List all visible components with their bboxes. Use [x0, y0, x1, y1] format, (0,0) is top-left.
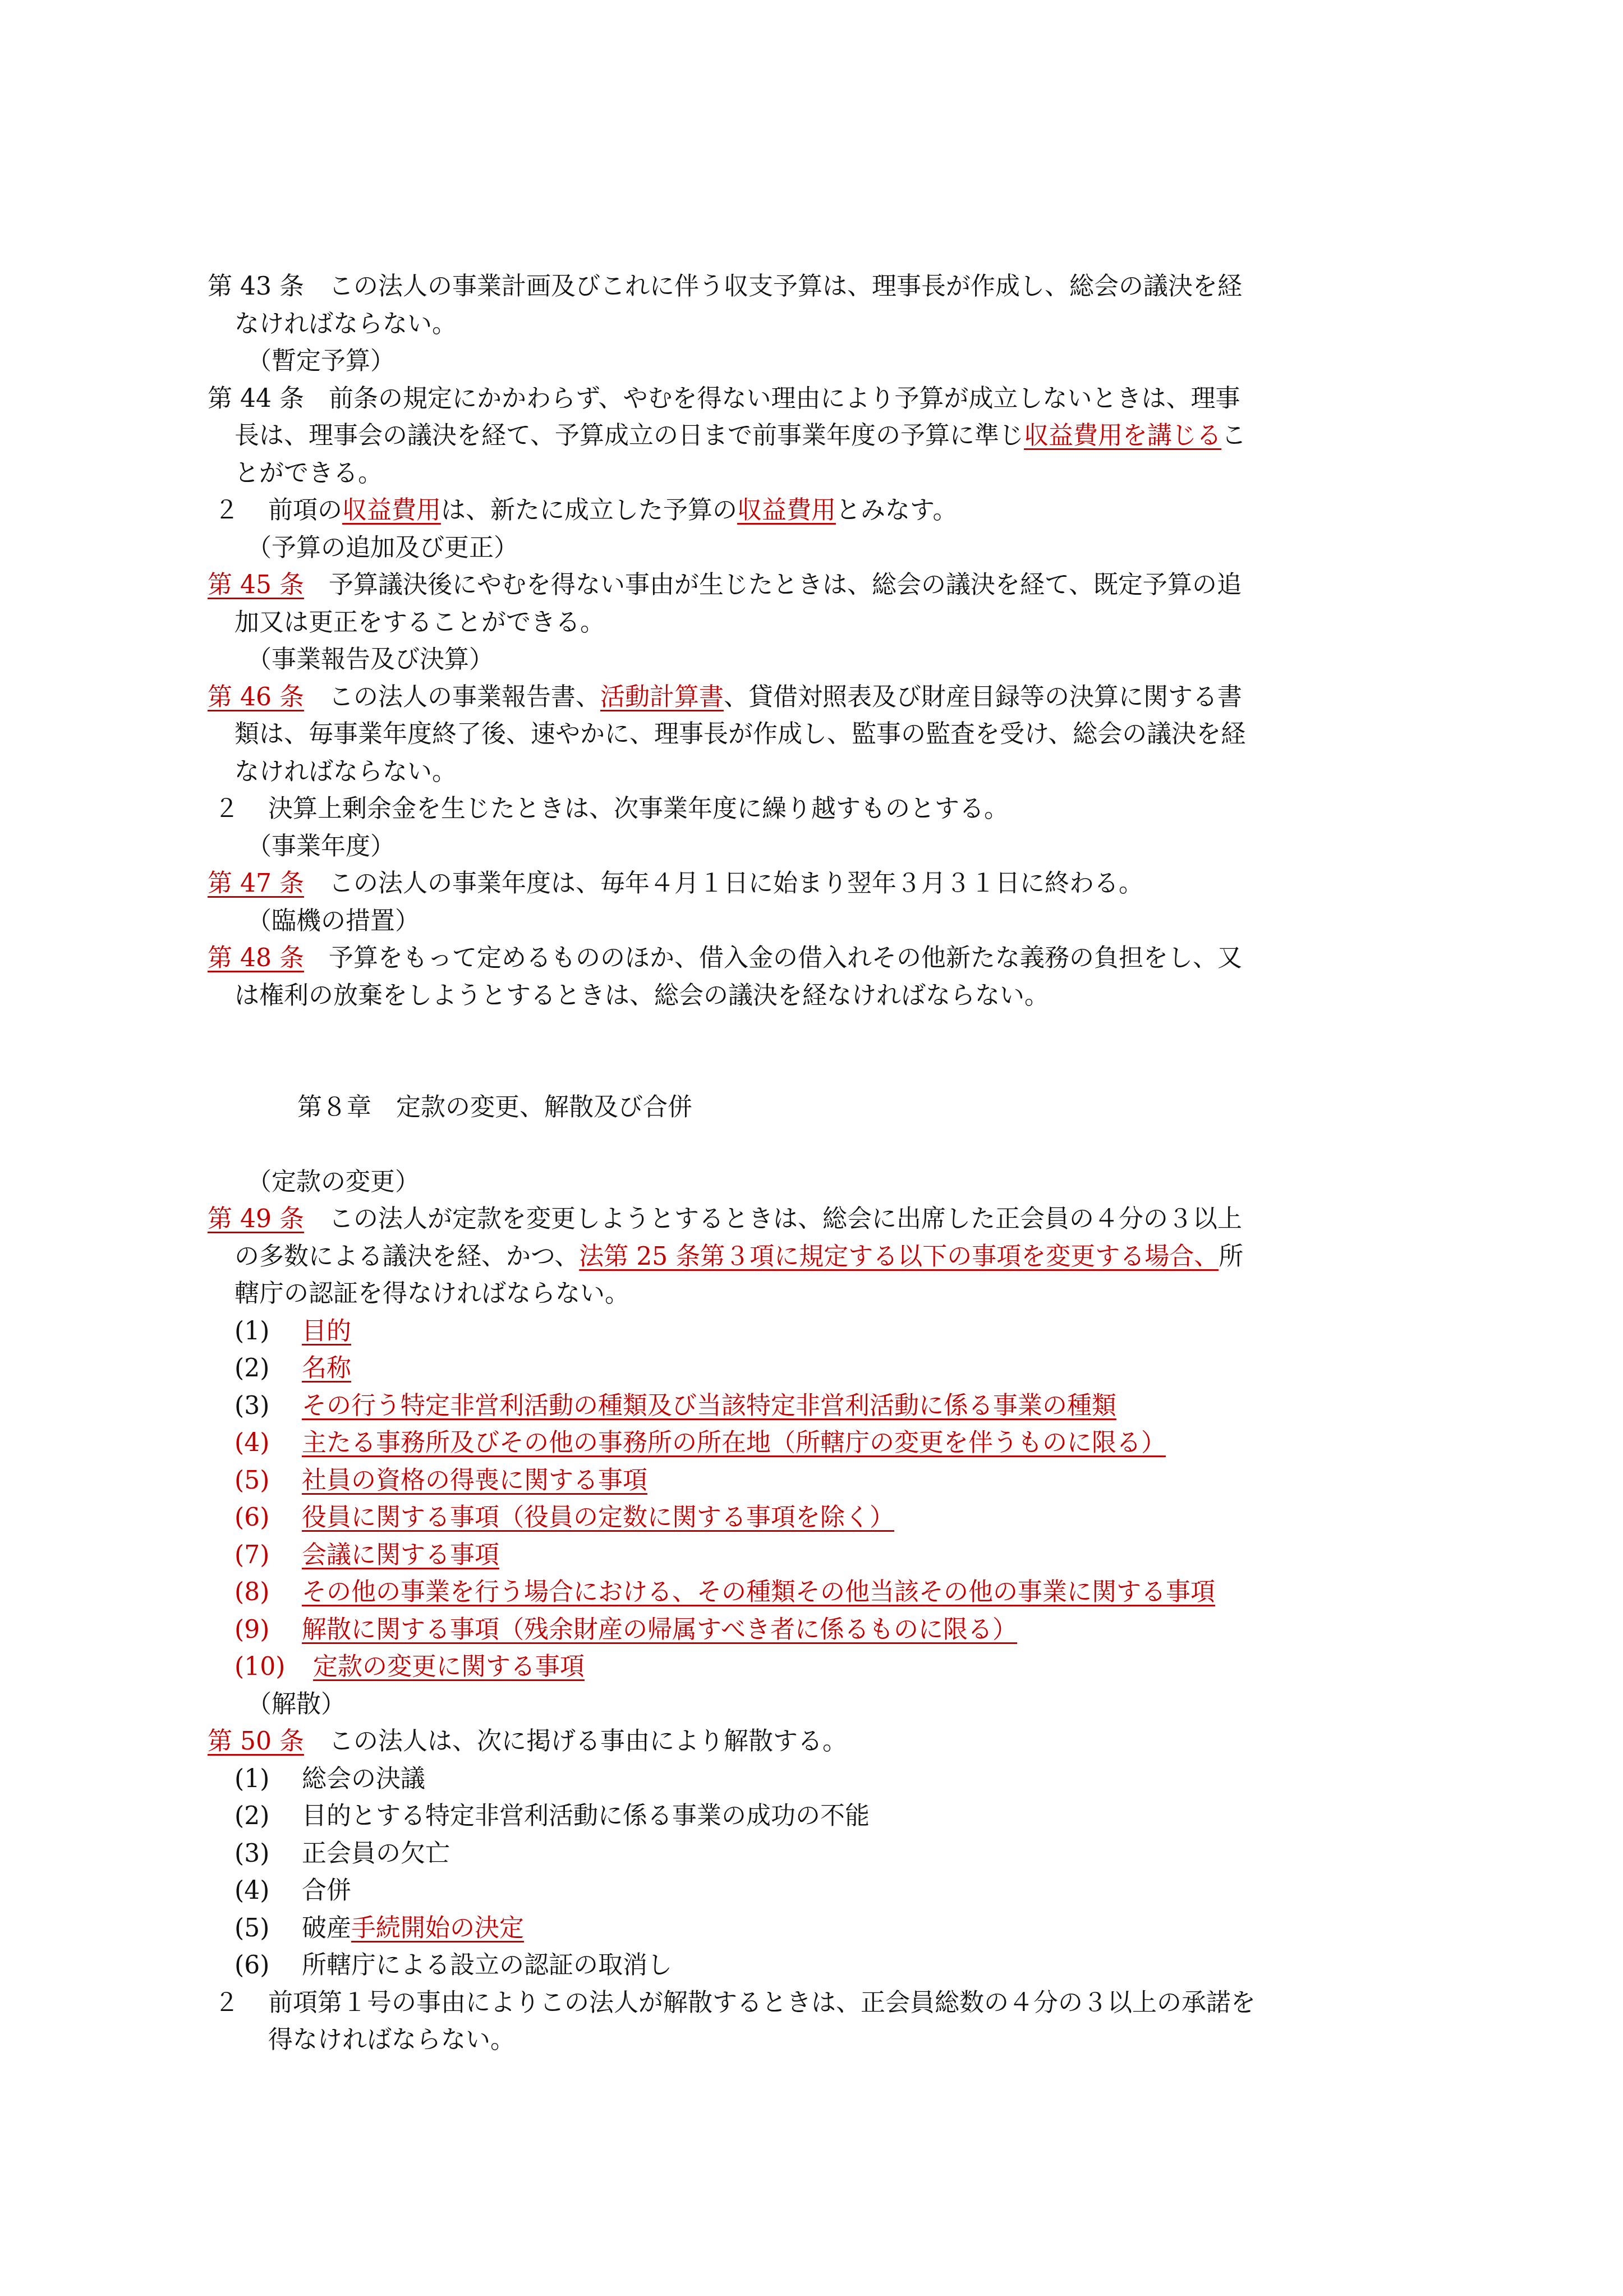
article-48-line-2: は権利の放棄をしようとするときは、総会の議決を経なければならない。	[208, 977, 1431, 1015]
item-text: 主たる事務所及びその他の事務所の所在地（所轄庁の変更を伴うものに限る）	[302, 1429, 1166, 1457]
revision-insert: 収益費用	[342, 496, 441, 525]
item-number: (9)	[235, 1611, 302, 1649]
article-50-text: この法人は、次に掲げる事由により解散する。	[329, 1727, 847, 1756]
chapter-heading: 第８章 定款の変更、解散及び合併	[208, 1089, 1431, 1127]
item-text: 名称	[302, 1354, 351, 1383]
article-49-label: 第 49 条	[208, 1201, 304, 1238]
item-number: (4)	[235, 1425, 302, 1462]
item-text: 役員に関する事項（役員の定数に関する事項を除く）	[302, 1503, 894, 1532]
article-46-line-3: なければならない。	[208, 754, 1431, 791]
paragraph-number: ２	[208, 492, 268, 530]
item-number: (1)	[235, 1313, 302, 1351]
text: 、貸借対照表及び財産目録等の決算に関する書	[724, 683, 1242, 711]
item-text: 所轄庁による設立の認証の取消し	[302, 1951, 672, 1980]
article-44-line-2: 長は、理事会の議決を経て、予算成立の日まで前事業年度の予算に準じ収益費用を講じる…	[208, 417, 1431, 455]
text: この法人の事業報告書、	[329, 683, 600, 711]
list-item: (3)その行う特定非営利活動の種類及び当該特定非営利活動に係る事業の種類	[208, 1388, 1431, 1425]
item-text: その他の事業を行う場合における、その種類その他当該その他の事業に関する事項	[302, 1578, 1215, 1606]
item-text: 会議に関する事項	[302, 1541, 499, 1569]
text: とみなす。	[836, 496, 957, 525]
list-item: (6)所轄庁による設立の認証の取消し	[208, 1947, 1431, 1985]
item-text: 合併	[302, 1876, 351, 1905]
article-46-paragraph-2: ２決算上剰余金を生じたときは、次事業年度に繰り越すものとする。	[208, 791, 1431, 828]
document-page: 第 43 条この法人の事業計画及びこれに伴う収支予算は、理事長が作成し、総会の議…	[208, 268, 1431, 2059]
item-text: 総会の決議	[302, 1765, 425, 1793]
item-number: (7)	[235, 1537, 302, 1574]
caption-articles-amendment: （定款の変更）	[208, 1164, 1431, 1201]
item-number: (6)	[235, 1499, 302, 1537]
list-item: (1)総会の決議	[208, 1761, 1431, 1798]
list-item: (9)解散に関する事項（残余財産の帰属すべき者に係るものに限る）	[208, 1611, 1431, 1649]
article-49-line-2: の多数による議決を経、かつ、法第 25 条第３項に規定する以下の事項を変更する場…	[208, 1238, 1431, 1276]
list-item: (5)破産手続開始の決定	[208, 1910, 1431, 1948]
text: 決算上剰余金を生じたときは、次事業年度に繰り越すものとする。	[268, 795, 1009, 823]
list-item: (10)定款の変更に関する事項	[208, 1648, 1431, 1686]
article-50-paragraph-2-line-2: 得なければならない。	[208, 2022, 1431, 2059]
caption-budget-amendment: （予算の追加及び更正）	[208, 530, 1431, 567]
article-44-label: 第 44 条	[208, 380, 304, 418]
article-48-label: 第 48 条	[208, 940, 304, 977]
text: 前項の	[268, 496, 342, 525]
list-item: (6)役員に関する事項（役員の定数に関する事項を除く）	[208, 1499, 1431, 1537]
article-44-text-2c: こ	[1221, 421, 1246, 450]
caption-provisional-budget: （暫定予算）	[208, 343, 1431, 380]
item-number: (2)	[235, 1798, 302, 1835]
list-item: (4)主たる事務所及びその他の事務所の所在地（所轄庁の変更を伴うものに限る）	[208, 1425, 1431, 1462]
article-47-text: この法人の事業年度は、毎年４月１日に始まり翌年３月３１日に終わる。	[329, 869, 1143, 898]
revision-insert: 活動計算書	[600, 683, 724, 711]
article-46-label: 第 46 条	[208, 679, 304, 717]
article-49-line-1: 第 49 条この法人が定款を変更しようとするときは、総会に出席した正会員の４分の…	[208, 1201, 1431, 1238]
article-44-paragraph-2: ２前項の収益費用は、新たに成立した予算の収益費用とみなす。	[208, 492, 1431, 530]
text: 前項第１号の事由によりこの法人が解散するときは、正会員総数の４分の３以上の承諾を	[268, 1989, 1256, 2017]
revision-insert: 手続開始の決定	[351, 1914, 524, 1943]
item-number: (1)	[235, 1761, 302, 1798]
text: は、新たに成立した予算の	[441, 496, 737, 525]
article-50-label: 第 50 条	[208, 1723, 304, 1761]
item-number: (10)	[235, 1648, 313, 1686]
article-45-line-1: 第 45 条予算議決後にやむを得ない事由が生じたときは、総会の議決を経て、既定予…	[208, 567, 1431, 604]
item-text: 社員の資格の得喪に関する事項	[302, 1466, 647, 1495]
article-44-line-3: とができる。	[208, 455, 1431, 493]
item-text: 目的とする特定非営利活動に係る事業の成功の不能	[302, 1802, 870, 1830]
caption-dissolution: （解散）	[208, 1686, 1431, 1724]
item-number: (4)	[235, 1872, 302, 1910]
item-number: (3)	[235, 1835, 302, 1873]
article-49-text: この法人が定款を変更しようとするときは、総会に出席した正会員の４分の３以上	[329, 1205, 1242, 1233]
list-item: (5)社員の資格の得喪に関する事項	[208, 1462, 1431, 1500]
list-item: (1)目的	[208, 1313, 1431, 1351]
item-number: (8)	[235, 1574, 302, 1611]
item-text: その行う特定非営利活動の種類及び当該特定非営利活動に係る事業の種類	[302, 1392, 1116, 1420]
article-45-label: 第 45 条	[208, 567, 304, 604]
caption-fiscal-year: （事業年度）	[208, 828, 1431, 866]
paragraph-number: ２	[208, 1985, 268, 2022]
list-item: (8)その他の事業を行う場合における、その種類その他当該その他の事業に関する事項	[208, 1574, 1431, 1611]
caption-business-report: （事業報告及び決算）	[208, 641, 1431, 679]
list-item: (4)合併	[208, 1872, 1431, 1910]
item-text: 破産	[302, 1914, 351, 1943]
revision-insert: 収益費用	[737, 496, 836, 525]
article-47-line-1: 第 47 条この法人の事業年度は、毎年４月１日に始まり翌年３月３１日に終わる。	[208, 865, 1431, 903]
article-50-line-1: 第 50 条この法人は、次に掲げる事由により解散する。	[208, 1723, 1431, 1761]
article-43-label: 第 43 条	[208, 268, 304, 306]
article-44-line-1: 第 44 条前条の規定にかかわらず、やむを得ない理由により予算が成立しないときは…	[208, 380, 1431, 418]
article-48-line-1: 第 48 条予算をもって定めるもののほか、借入金の借入れその他新たな義務の負担を…	[208, 940, 1431, 977]
article-43-line-1: 第 43 条この法人の事業計画及びこれに伴う収支予算は、理事長が作成し、総会の議…	[208, 268, 1431, 306]
item-number: (6)	[235, 1947, 302, 1985]
text: の多数による議決を経、かつ、	[235, 1242, 579, 1271]
article-45-line-2: 加又は更正をすることができる。	[208, 604, 1431, 642]
item-text: 正会員の欠亡	[302, 1839, 450, 1868]
text: 所	[1219, 1242, 1243, 1271]
article-45-text: 予算議決後にやむを得ない事由が生じたときは、総会の議決を経て、既定予算の追	[329, 571, 1242, 599]
article-44-text: 前条の規定にかかわらず、やむを得ない理由により予算が成立しないときは、理事	[329, 384, 1240, 413]
item-number: (3)	[235, 1388, 302, 1425]
caption-emergency-measures: （臨機の措置）	[208, 903, 1431, 940]
item-number: (2)	[235, 1350, 302, 1388]
article-47-label: 第 47 条	[208, 865, 304, 903]
item-text: 目的	[302, 1317, 351, 1346]
article-46-line-1: 第 46 条この法人の事業報告書、活動計算書、貸借対照表及び財産目録等の決算に関…	[208, 679, 1431, 717]
list-item: (2)名称	[208, 1350, 1431, 1388]
item-number: (5)	[235, 1462, 302, 1500]
paragraph-number: ２	[208, 791, 268, 828]
list-item: (2)目的とする特定非営利活動に係る事業の成功の不能	[208, 1798, 1431, 1835]
article-46-line-2: 類は、毎事業年度終了後、速やかに、理事長が作成し、監事の監査を受け、総会の議決を…	[208, 716, 1431, 754]
article-50-paragraph-2: ２前項第１号の事由によりこの法人が解散するときは、正会員総数の４分の３以上の承諾…	[208, 1985, 1431, 2022]
article-48-text: 予算をもって定めるもののほか、借入金の借入れその他新たな義務の負担をし、又	[329, 944, 1242, 972]
revision-insert: 法第 25 条第３項に規定する以下の事項を変更する場合、	[579, 1242, 1219, 1271]
list-item: (7)会議に関する事項	[208, 1537, 1431, 1574]
article-44-text-2a: 長は、理事会の議決を経て、予算成立の日まで前事業年度の予算に準じ	[235, 421, 1024, 450]
item-text: 解散に関する事項（残余財産の帰属すべき者に係るものに限る）	[302, 1615, 1017, 1644]
item-text: 定款の変更に関する事項	[313, 1652, 585, 1681]
revision-insert: 収益費用を講じる	[1024, 421, 1221, 450]
article-49-line-3: 轄庁の認証を得なければならない。	[208, 1275, 1431, 1313]
item-number: (5)	[235, 1910, 302, 1948]
article-43-text: この法人の事業計画及びこれに伴う収支予算は、理事長が作成し、総会の議決を経	[329, 272, 1242, 301]
list-item: (3)正会員の欠亡	[208, 1835, 1431, 1873]
article-43-line-2: なければならない。	[208, 306, 1431, 343]
